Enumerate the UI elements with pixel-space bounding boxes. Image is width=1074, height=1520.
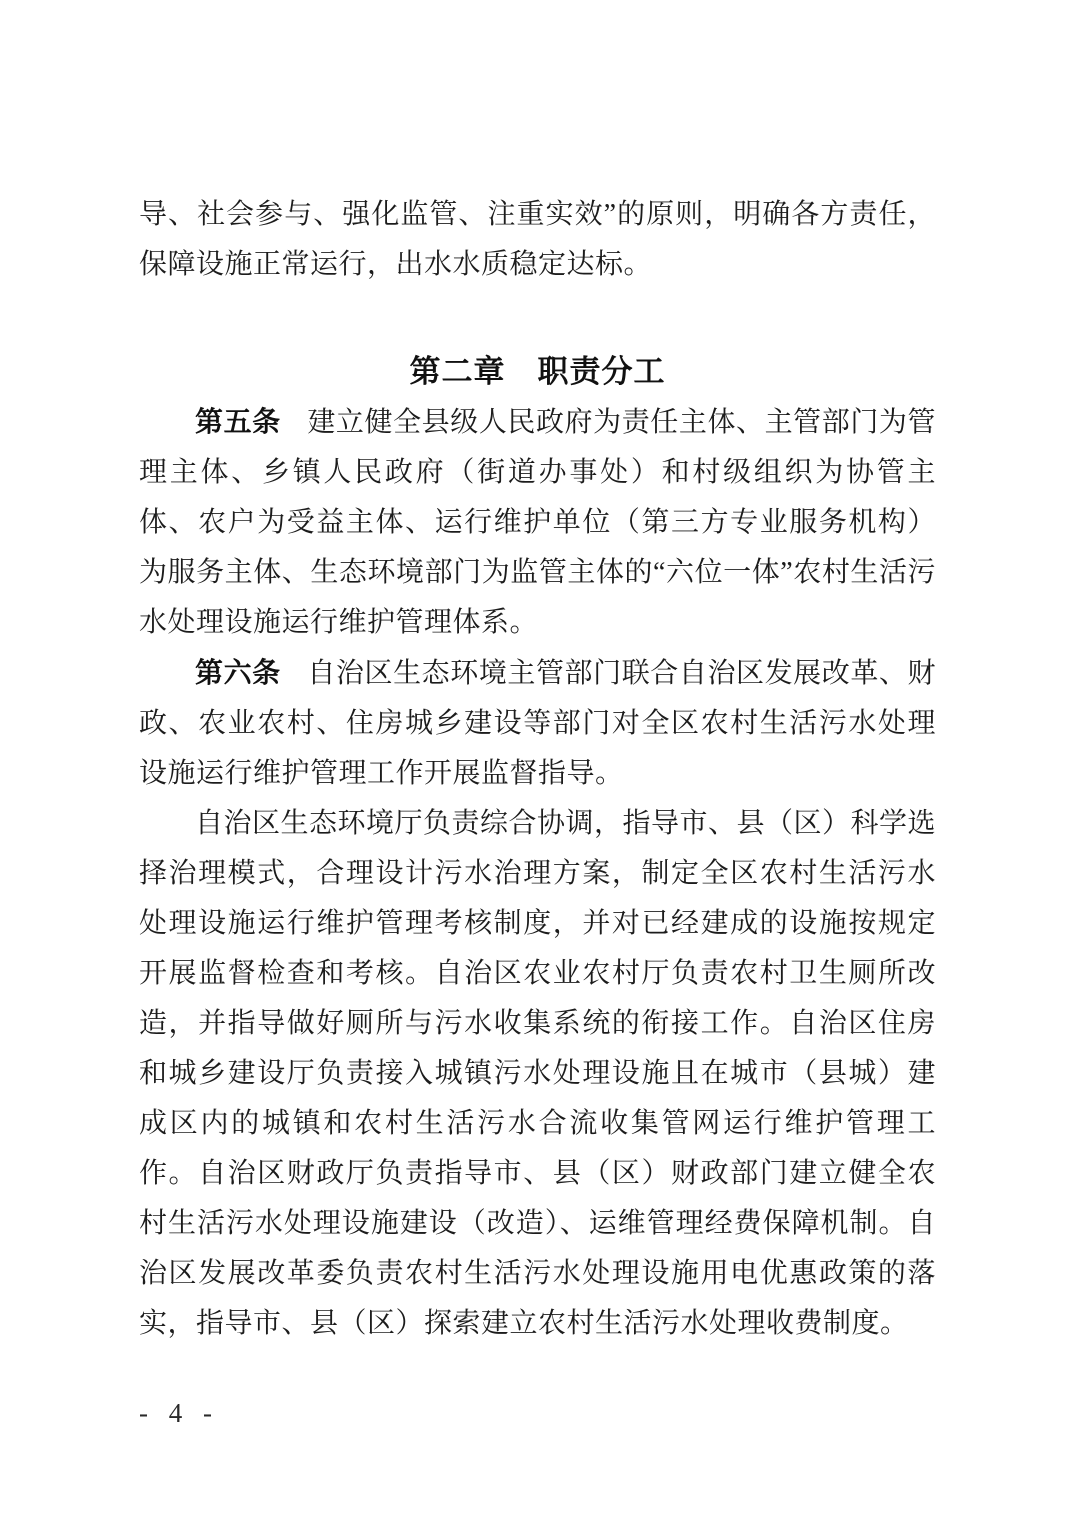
document-content: 导、社会参与、强化监管、注重实效”的原则，明确各方责任，保障设施正常运行，出水水… [139,190,936,1349]
document-page: 导、社会参与、强化监管、注重实效”的原则，明确各方责任，保障设施正常运行，出水水… [0,0,1074,1520]
article-5-body: 建立健全县级人民政府为责任主体、主管部门为管理主体、乡镇人民政府（街道办事处）和… [139,407,936,638]
article-6-number: 第六条 [195,657,281,688]
chapter-heading: 第二章 职责分工 [139,347,936,397]
article-5-number: 第五条 [195,406,281,437]
article-5: 第五条建立健全县级人民政府为责任主体、主管部门为管理主体、乡镇人民政府（街道办事… [139,397,936,648]
article-6: 第六条自治区生态环境主管部门联合自治区发展改革、财政、农业农村、住房城乡建设等部… [139,648,936,799]
paragraph-continuation: 导、社会参与、强化监管、注重实效”的原则，明确各方责任，保障设施正常运行，出水水… [139,190,936,290]
page-number: - 4 - [139,1388,219,1438]
paragraph-department-duties: 自治区生态环境厅负责综合协调，指导市、县（区）科学选择治理模式，合理设计污水治理… [139,799,936,1349]
